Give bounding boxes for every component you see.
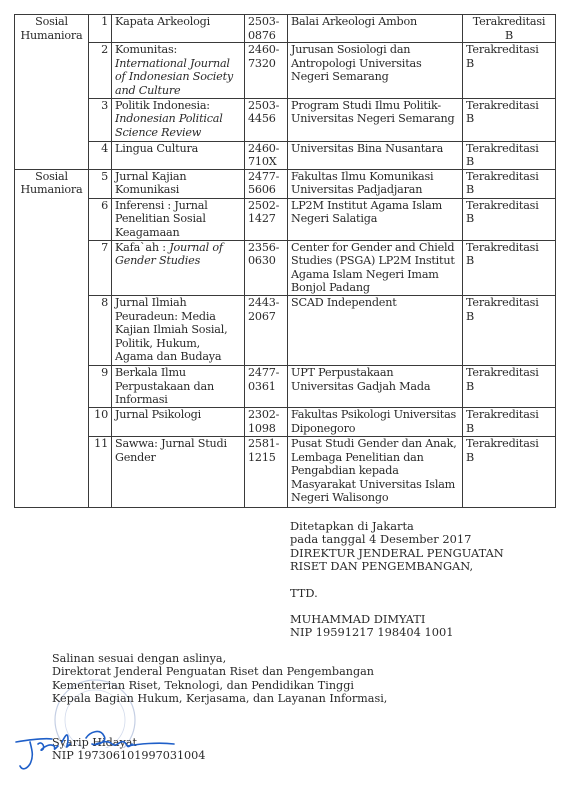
accreditation-status: TerakreditasiB — [463, 15, 556, 43]
field-cell — [15, 240, 89, 295]
issn-line: 1098 — [248, 422, 284, 436]
field-name-line: Sosial — [18, 170, 85, 184]
issn-line: 0630 — [248, 254, 284, 268]
status-line: Terakreditasi — [466, 241, 552, 255]
journal-title-text: Sawwa: Jurnal Studi Gender — [115, 437, 227, 464]
issn-line: 2503- — [248, 15, 284, 29]
copy-line2: Direktorat Jenderal Penguatan Riset dan … — [52, 665, 387, 678]
publisher: Pusat Studi Gender dan Anak, Lembaga Pen… — [288, 436, 463, 507]
table-row: 9Berkala Ilmu Perpustakaan dan Informasi… — [15, 365, 556, 407]
accreditation-table: SosialHumaniora1Kapata Arkeologi2503-087… — [14, 14, 556, 508]
journal-title: Lingua Cultura — [112, 141, 245, 169]
table-row: 6Inferensi : Jurnal Penelitian Sosial Ke… — [15, 198, 556, 240]
field-cell — [15, 407, 89, 436]
issn-line: 2502- — [248, 199, 284, 213]
journal-title: Inferensi : Jurnal Penelitian Sosial Kea… — [112, 198, 245, 240]
journal-title: Komunitas: International Journal of Indo… — [112, 43, 245, 98]
journal-title: Kafa`ah : Journal of Gender Studies — [112, 240, 245, 295]
issn-line: 2581- — [248, 437, 284, 451]
row-number: 4 — [89, 141, 112, 169]
decree-signed: TTD. — [290, 587, 504, 600]
field-cell — [15, 295, 89, 365]
journal-title-text: Lingua Cultura — [115, 142, 198, 155]
issn: 2477-5606 — [245, 169, 288, 198]
publisher: Universitas Bina Nusantara — [288, 141, 463, 169]
field-cell: SosialHumaniora — [15, 15, 89, 43]
table-row: 4Lingua Cultura2460-710XUniversitas Bina… — [15, 141, 556, 169]
status-line: Terakreditasi — [466, 99, 552, 113]
field-cell — [15, 43, 89, 98]
field-name-line: Humaniora — [18, 183, 85, 197]
document-page: SosialHumaniora1Kapata Arkeologi2503-087… — [0, 0, 571, 802]
status-line: Terakreditasi — [466, 170, 552, 184]
journal-title-text: Komunitas: — [115, 43, 177, 56]
accreditation-status: TerakreditasiB — [463, 240, 556, 295]
accreditation-status: TerakreditasiB — [463, 407, 556, 436]
publisher: Balai Arkeologi Ambon — [288, 15, 463, 43]
field-name-line: Sosial — [18, 15, 85, 29]
journal-title-text: Berkala Ilmu Perpustakaan dan Informasi — [115, 366, 214, 406]
issn: 2460-7320 — [245, 43, 288, 98]
issn-line: 4456 — [248, 112, 284, 126]
row-number: 5 — [89, 169, 112, 198]
issn-line: 2503- — [248, 99, 284, 113]
issn: 2477-0361 — [245, 365, 288, 407]
field-cell — [15, 365, 89, 407]
accreditation-table-body: SosialHumaniora1Kapata Arkeologi2503-087… — [15, 15, 556, 508]
status-line: Terakreditasi — [466, 408, 552, 422]
status-line: B — [466, 422, 552, 436]
issn-line: 2443- — [248, 296, 284, 310]
status-line: B — [466, 57, 552, 71]
issn-line: 2460- — [248, 142, 284, 156]
journal-title-text: Kafa`ah : — [115, 241, 169, 254]
publisher: SCAD Independent — [288, 295, 463, 365]
journal-title: Jurnal Kajian Komunikasi — [112, 169, 245, 198]
status-line: Terakreditasi — [466, 366, 552, 380]
issn-line: 2356- — [248, 241, 284, 255]
table-row: 8Jurnal Ilmiah Peuradeun: Media Kajian I… — [15, 295, 556, 365]
issn-line: 710X — [248, 155, 284, 169]
publisher: Fakultas Psikologi Universitas Diponegor… — [288, 407, 463, 436]
status-line: B — [466, 155, 552, 169]
accreditation-status: TerakreditasiB — [463, 365, 556, 407]
issn: 2502-1427 — [245, 198, 288, 240]
row-number: 2 — [89, 43, 112, 98]
publisher: LP2M Institut Agama Islam Negeri Salatig… — [288, 198, 463, 240]
issn-line: 0361 — [248, 380, 284, 394]
publisher: Center for Gender and Chield Studies (PS… — [288, 240, 463, 295]
accreditation-status: TerakreditasiB — [463, 198, 556, 240]
journal-title-text: Jurnal Psikologi — [115, 408, 201, 421]
decree-block: Ditetapkan di Jakarta pada tanggal 4 Des… — [290, 520, 504, 640]
publisher: Jurusan Sosiologi dan Antropologi Univer… — [288, 43, 463, 98]
row-number: 11 — [89, 436, 112, 507]
status-line: B — [466, 380, 552, 394]
journal-title: Berkala Ilmu Perpustakaan dan Informasi — [112, 365, 245, 407]
table-row: SosialHumaniora1Kapata Arkeologi2503-087… — [15, 15, 556, 43]
accreditation-status: TerakreditasiB — [463, 43, 556, 98]
journal-title-text: Inferensi : Jurnal Penelitian Sosial Kea… — [115, 199, 208, 239]
accreditation-status: TerakreditasiB — [463, 141, 556, 169]
issn-line: 2302- — [248, 408, 284, 422]
decree-position-line2: RISET DAN PENGEMBANGAN, — [290, 560, 504, 573]
status-line: B — [466, 254, 552, 268]
field-cell — [15, 198, 89, 240]
issn: 2356-0630 — [245, 240, 288, 295]
field-cell — [15, 436, 89, 507]
decree-signatory-nip: NIP 19591217 198404 1001 — [290, 626, 504, 639]
status-line: Terakreditasi — [466, 437, 552, 451]
status-line: B — [466, 29, 552, 43]
table-row: SosialHumaniora5Jurnal Kajian Komunikasi… — [15, 169, 556, 198]
row-number: 8 — [89, 295, 112, 365]
issn-line: 2477- — [248, 366, 284, 380]
journal-title: Kapata Arkeologi — [112, 15, 245, 43]
decree-place: Ditetapkan di Jakarta — [290, 520, 504, 533]
journal-title: Sawwa: Jurnal Studi Gender — [112, 436, 245, 507]
accreditation-status: TerakreditasiB — [463, 98, 556, 141]
status-line: B — [466, 310, 552, 324]
table-row: 2Komunitas: International Journal of Ind… — [15, 43, 556, 98]
status-line: Terakreditasi — [466, 15, 552, 29]
issn: 2581-1215 — [245, 436, 288, 507]
journal-title-italic: Indonesian Political Science Review — [115, 112, 223, 139]
journal-title: Jurnal Psikologi — [112, 407, 245, 436]
issn-line: 1215 — [248, 451, 284, 465]
issn: 2302-1098 — [245, 407, 288, 436]
field-cell: SosialHumaniora — [15, 169, 89, 198]
row-number: 9 — [89, 365, 112, 407]
journal-title: Jurnal Ilmiah Peuradeun: Media Kajian Il… — [112, 295, 245, 365]
status-line: B — [466, 183, 552, 197]
issn-line: 0876 — [248, 29, 284, 43]
status-line: Terakreditasi — [466, 296, 552, 310]
status-line: B — [466, 451, 552, 465]
accreditation-status: TerakreditasiB — [463, 169, 556, 198]
issn: 2503-0876 — [245, 15, 288, 43]
journal-title-text: Kapata Arkeologi — [115, 15, 210, 28]
journal-title-text: Jurnal Ilmiah Peuradeun: Media Kajian Il… — [115, 296, 227, 363]
table-row: 3Politik Indonesia: Indonesian Political… — [15, 98, 556, 141]
copy-line1: Salinan sesuai dengan aslinya, — [52, 652, 387, 665]
field-cell — [15, 141, 89, 169]
status-line: Terakreditasi — [466, 199, 552, 213]
accreditation-status: TerakreditasiB — [463, 295, 556, 365]
decree-position-line1: DIREKTUR JENDERAL PENGUATAN — [290, 547, 504, 560]
journal-title-text: Jurnal Kajian Komunikasi — [115, 170, 186, 197]
handwritten-signature-icon — [8, 720, 178, 772]
issn-line: 2477- — [248, 170, 284, 184]
field-cell — [15, 98, 89, 141]
issn-line: 5606 — [248, 183, 284, 197]
row-number: 6 — [89, 198, 112, 240]
decree-signatory-name: MUHAMMAD DIMYATI — [290, 613, 504, 626]
field-name-line: Humaniora — [18, 29, 85, 43]
decree-date: pada tanggal 4 Desember 2017 — [290, 533, 504, 546]
table-row: 10Jurnal Psikologi2302-1098Fakultas Psik… — [15, 407, 556, 436]
journal-title: Politik Indonesia: Indonesian Political … — [112, 98, 245, 141]
status-line: B — [466, 112, 552, 126]
row-number: 1 — [89, 15, 112, 43]
row-number: 7 — [89, 240, 112, 295]
issn: 2443-2067 — [245, 295, 288, 365]
issn-line: 7320 — [248, 57, 284, 71]
journal-title-italic: International Journal of Indonesian Soci… — [115, 57, 233, 97]
row-number: 3 — [89, 98, 112, 141]
status-line: Terakreditasi — [466, 142, 552, 156]
issn-line: 2067 — [248, 310, 284, 324]
issn: 2503-4456 — [245, 98, 288, 141]
publisher: Program Studi Ilmu Politik- Universitas … — [288, 98, 463, 141]
publisher: Fakultas Ilmu Komunikasi Universitas Pad… — [288, 169, 463, 198]
row-number: 10 — [89, 407, 112, 436]
publisher: UPT Perpustakaan Universitas Gadjah Mada — [288, 365, 463, 407]
table-row: 11Sawwa: Jurnal Studi Gender2581-1215Pus… — [15, 436, 556, 507]
journal-title-text: Politik Indonesia: — [115, 99, 210, 112]
copy-line3: Kementerian Riset, Teknologi, dan Pendid… — [52, 679, 387, 692]
issn-line: 2460- — [248, 43, 284, 57]
issn-line: 1427 — [248, 212, 284, 226]
issn: 2460-710X — [245, 141, 288, 169]
status-line: B — [466, 212, 552, 226]
accreditation-status: TerakreditasiB — [463, 436, 556, 507]
status-line: Terakreditasi — [466, 43, 552, 57]
table-row: 7Kafa`ah : Journal of Gender Studies2356… — [15, 240, 556, 295]
copy-line4: Kepala Bagian Hukum, Kerjasama, dan Laya… — [52, 692, 387, 705]
